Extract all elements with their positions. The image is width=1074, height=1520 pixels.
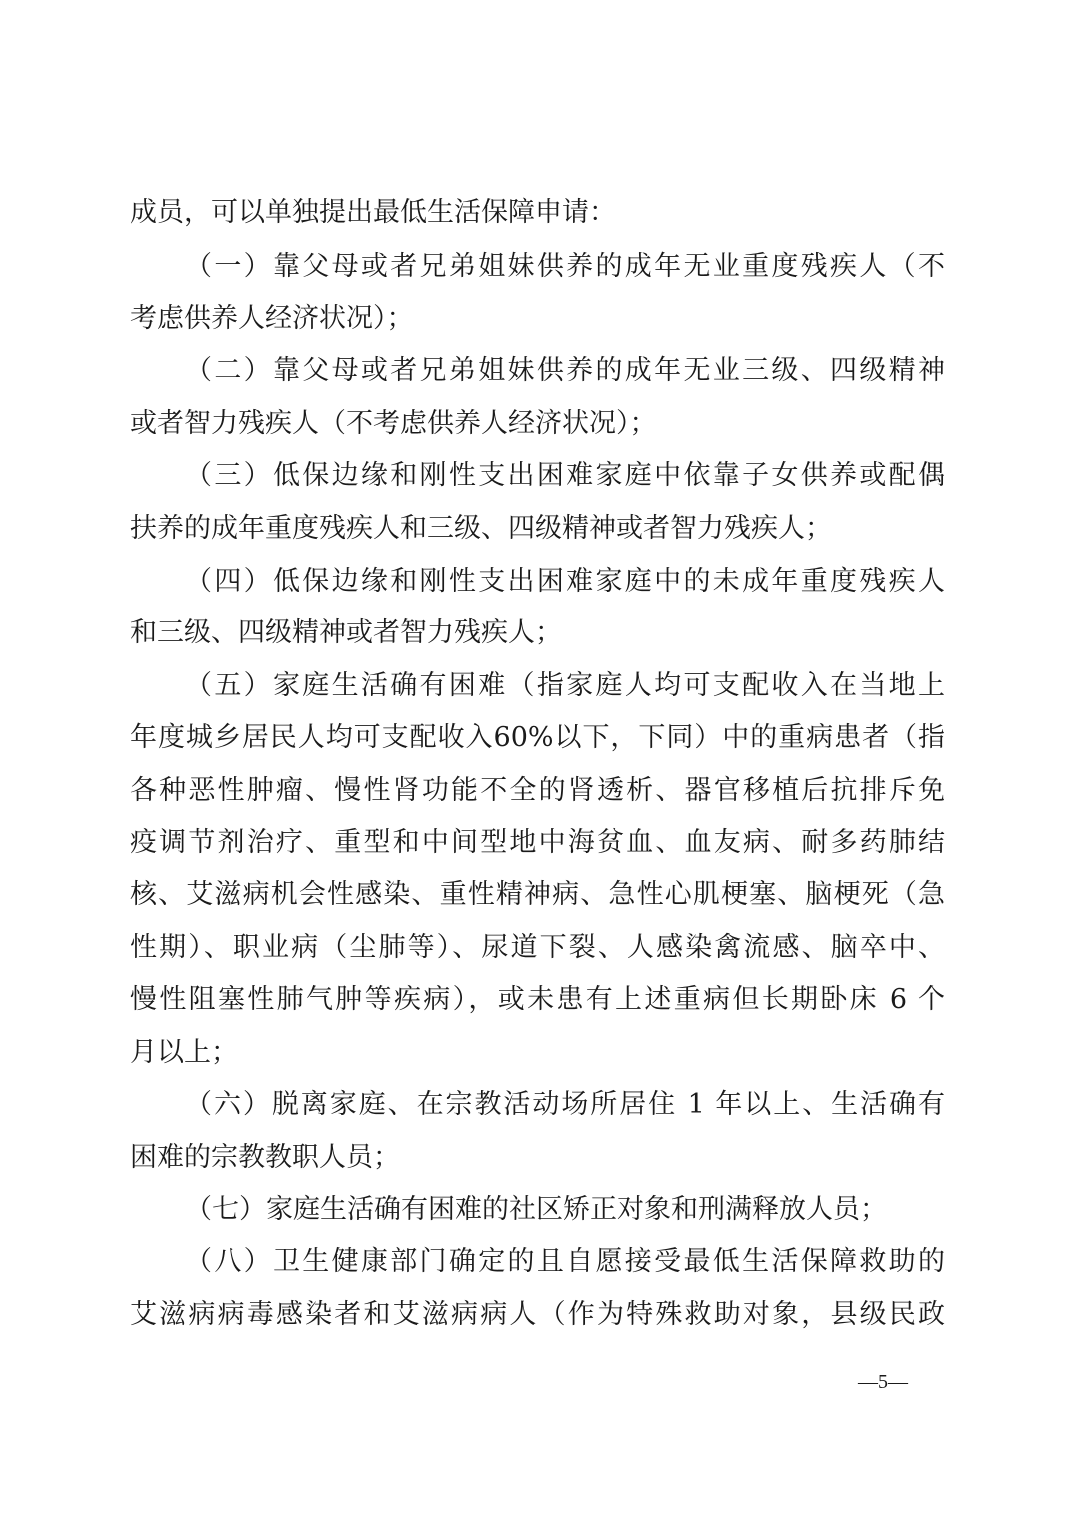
text-line: 艾滋病病毒感染者和艾滋病病人（作为特殊救助对象，县级民政 bbox=[130, 1295, 945, 1335]
text-line: （八）卫生健康部门确定的且自愿接受最低生活保障救助的 bbox=[185, 1242, 945, 1282]
text-line: 扶养的成年重度残疾人和三级、四级精神或者智力残疾人； bbox=[130, 509, 945, 549]
text-line: 核、艾滋病机会性感染、重性精神病、急性心肌梗塞、脑梗死（急 bbox=[130, 875, 945, 915]
document-page: 成员，可以单独提出最低生活保障申请： （一）靠父母或者兄弟姐妹供养的成年无业重度… bbox=[0, 0, 1074, 1520]
text-line: （四）低保边缘和刚性支出困难家庭中的未成年重度残疾人 bbox=[185, 562, 945, 602]
text-line: （五）家庭生活确有困难（指家庭人均可支配收入在当地上 bbox=[185, 666, 945, 706]
page-number: —5— bbox=[858, 1370, 908, 1394]
text-line: 各种恶性肿瘤、慢性肾功能不全的肾透析、器官移植后抗排斥免 bbox=[130, 771, 945, 811]
text-line: 考虑供养人经济状况）； bbox=[130, 299, 945, 339]
text-line: 或者智力残疾人（不考虑供养人经济状况）； bbox=[130, 404, 945, 444]
text-line: （三）低保边缘和刚性支出困难家庭中依靠子女供养或配偶 bbox=[185, 456, 945, 496]
text-line: （六）脱离家庭、在宗教活动场所居住 1 年以上、生活确有 bbox=[185, 1085, 945, 1125]
text-line: 性期）、职业病（尘肺等）、尿道下裂、人感染禽流感、脑卒中、 bbox=[130, 928, 945, 968]
text-line: 月以上； bbox=[130, 1033, 945, 1073]
text-line: （七）家庭生活确有困难的社区矫正对象和刑满释放人员； bbox=[185, 1190, 945, 1230]
text-line: （二）靠父母或者兄弟姐妹供养的成年无业三级、四级精神 bbox=[185, 351, 945, 391]
text-line: 成员，可以单独提出最低生活保障申请： bbox=[130, 193, 945, 233]
text-line: 慢性阻塞性肺气肿等疾病），或未患有上述重病但长期卧床 6 个 bbox=[130, 980, 945, 1020]
text-line: （一）靠父母或者兄弟姐妹供养的成年无业重度残疾人（不 bbox=[185, 247, 945, 287]
text-line: 疫调节剂治疗、重型和中间型地中海贫血、血友病、耐多药肺结 bbox=[130, 823, 945, 863]
text-line: 年度城乡居民人均可支配收入60%以下，下同）中的重病患者（指 bbox=[130, 718, 945, 758]
text-line: 和三级、四级精神或者智力残疾人； bbox=[130, 613, 945, 653]
text-line: 困难的宗教教职人员； bbox=[130, 1138, 945, 1178]
